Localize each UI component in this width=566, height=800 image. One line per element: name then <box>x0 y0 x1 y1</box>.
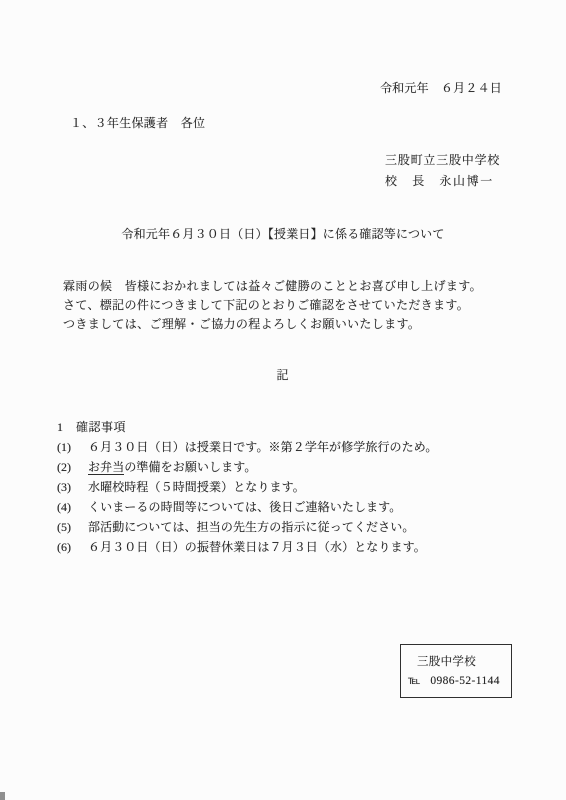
greeting-paragraph: 霖雨の候 皆様におかれましては益々ご健勝のこととお喜び申し上げます。 さて、標記… <box>63 277 533 334</box>
greeting-line: さて、標記の件につきまして下記のとおりご確認をさせていただきます。 <box>63 296 533 315</box>
telephone-icon: ℡ <box>408 673 420 687</box>
sender-principal: 校 長 永山博一 <box>385 171 500 192</box>
item-text-pre: くいまーるの時間等については、後日ご連絡いたします。 <box>88 500 401 514</box>
item-number: (2) <box>57 457 88 477</box>
document-date: 令和元年 ６月２４日 <box>380 79 502 96</box>
list-item: (4) くいまーるの時間等については、後日ご連絡いたします。 <box>57 497 437 517</box>
scanned-letter-page: 令和元年 ６月２４日 １、３年生保護者 各位 三股町立三股中学校 校 長 永山博… <box>0 0 566 800</box>
item-number: (1) <box>57 437 88 457</box>
addressee-line: １、３年生保護者 各位 <box>70 114 205 131</box>
greeting-line: つきましては、ご理解・ご協力の程よろしくお願いいたします。 <box>63 315 533 334</box>
list-item: (6) ６月３０日（日）の振替休業日は７月３日（水）となります。 <box>57 537 437 557</box>
sender-school: 三股町立三股中学校 <box>385 150 500 171</box>
item-text-post: の準備をお願いします。 <box>124 460 256 474</box>
confirmation-list: 1 確認事項 (1) ６月３０日（日）は授業日です。※第２学年が修学旅行のため。… <box>57 417 437 557</box>
document-title: 令和元年６月３０日（日）【授業日】に係る確認等について <box>0 225 566 242</box>
item-text: 水曜校時程（５時間授業）となります。 <box>88 477 305 497</box>
contact-tel-line: ℡ 0986-52-1144 <box>408 673 511 687</box>
list-item: (2) お弁当の準備をお願いします。 <box>57 457 437 477</box>
list-item: (5) 部活動については、担当の先生方の指示に従ってください。 <box>57 517 437 537</box>
item-text: くいまーるの時間等については、後日ご連絡いたします。 <box>88 497 401 517</box>
list-item: (1) ６月３０日（日）は授業日です。※第２学年が修学旅行のため。 <box>57 437 437 457</box>
item-text: お弁当の準備をお願いします。 <box>88 457 256 477</box>
scan-artifact-mark <box>0 792 5 800</box>
item-number: (6) <box>57 537 88 557</box>
item-number: (5) <box>57 517 88 537</box>
contact-box: 三股中学校 ℡ 0986-52-1144 <box>400 644 512 698</box>
item-number: (4) <box>57 497 88 517</box>
item-text-pre: 水曜校時程（５時間授業）となります。 <box>88 480 305 494</box>
contact-tel-number: 0986-52-1144 <box>430 675 500 687</box>
item-text: ６月３０日（日）の振替休業日は７月３日（水）となります。 <box>88 537 426 557</box>
sender-block: 三股町立三股中学校 校 長 永山博一 <box>385 150 500 192</box>
item-text-pre: ６月３０日（日）の振替休業日は７月３日（水）となります。 <box>88 540 426 554</box>
item-text: ６月３０日（日）は授業日です。※第２学年が修学旅行のため。 <box>88 437 437 457</box>
record-marker: 記 <box>0 366 566 383</box>
item-text-underlined: お弁当 <box>88 460 124 475</box>
item-text: 部活動については、担当の先生方の指示に従ってください。 <box>88 517 414 537</box>
item-number: (3) <box>57 477 88 497</box>
item-text-pre: 部活動については、担当の先生方の指示に従ってください。 <box>88 520 414 534</box>
item-text-pre: ６月３０日（日）は授業日です。※第２学年が修学旅行のため。 <box>88 440 437 454</box>
contact-school-name: 三股中学校 <box>417 653 511 669</box>
greeting-line: 霖雨の候 皆様におかれましては益々ご健勝のこととお喜び申し上げます。 <box>63 277 533 296</box>
section-heading: 1 確認事項 <box>57 417 437 437</box>
list-item: (3) 水曜校時程（５時間授業）となります。 <box>57 477 437 497</box>
